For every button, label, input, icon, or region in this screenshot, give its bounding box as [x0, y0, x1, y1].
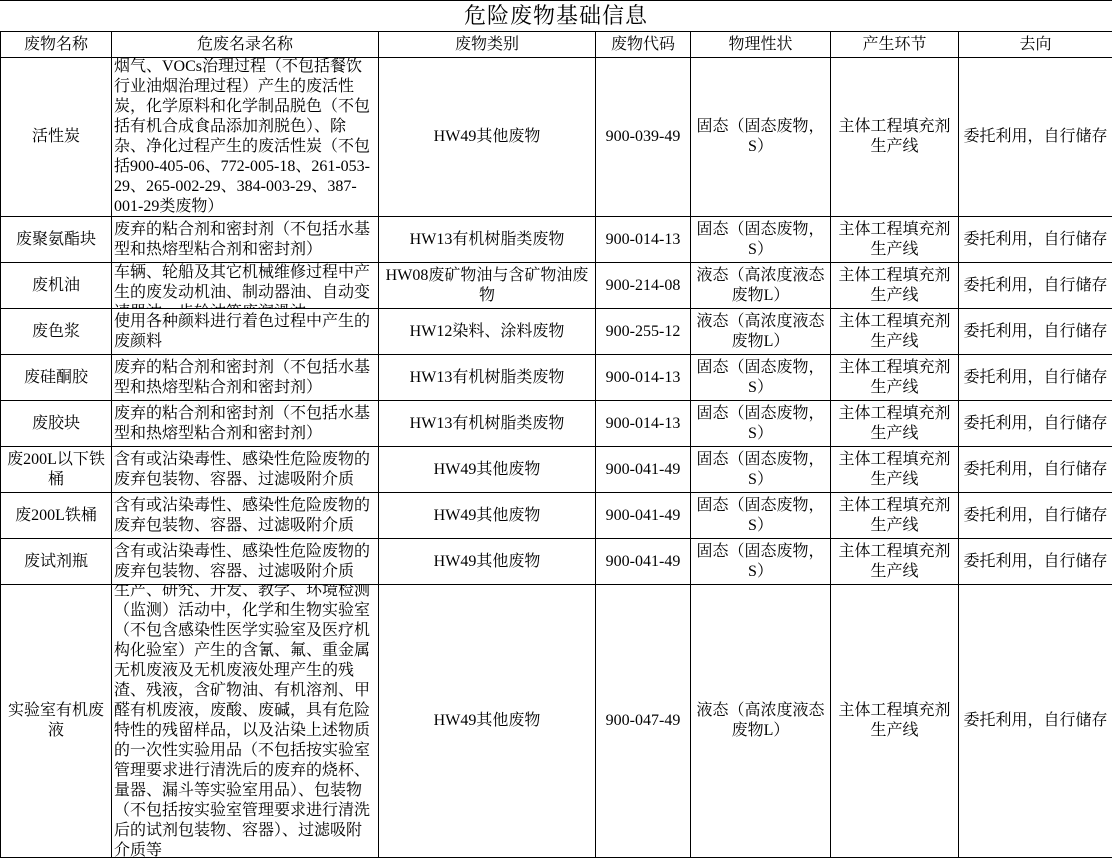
cell-code: 900-214-08 [596, 263, 691, 309]
cell-destination: 委托利用，自行储存 [959, 585, 1112, 858]
cell-category: HW08废矿物油与含矿物油废物 [379, 263, 596, 309]
cell-physical-state: 固态（固态废物，S） [691, 58, 831, 217]
cell-generation-stage: 主体工程填充剂生产线 [831, 539, 959, 585]
cell-category: HW49其他废物 [379, 447, 596, 493]
cell-code: 900-041-49 [596, 447, 691, 493]
cell-physical-state: 固态（固态废物，S） [691, 217, 831, 263]
cell-waste-name: 废硅酮胶 [1, 355, 112, 401]
cell-generation-stage: 主体工程填充剂生产线 [831, 309, 959, 355]
cell-list-name: 含有或沾染毒性、感染性危险废物的废弃包装物、容器、过滤吸附介质 [112, 447, 379, 493]
cell-destination: 委托利用，自行储存 [959, 493, 1112, 539]
cell-category: HW13有机树脂类废物 [379, 401, 596, 447]
cell-waste-name: 废胶块 [1, 401, 112, 447]
cell-destination: 委托利用，自行储存 [959, 58, 1112, 217]
cell-waste-name: 废200L以下铁桶 [1, 447, 112, 493]
header-list-name: 危废名录名称 [112, 32, 379, 58]
cell-physical-state: 固态（固态废物，S） [691, 539, 831, 585]
header-code: 废物代码 [596, 32, 691, 58]
cell-physical-state: 液态（高浓度液态废物L） [691, 263, 831, 309]
cell-waste-name: 活性炭 [1, 58, 112, 217]
header-physical-state: 物理性状 [691, 32, 831, 58]
cell-code: 900-014-13 [596, 401, 691, 447]
header-waste-name: 废物名称 [1, 32, 112, 58]
cell-code: 900-014-13 [596, 355, 691, 401]
cell-code: 900-047-49 [596, 585, 691, 858]
cell-code: 900-039-49 [596, 58, 691, 217]
cell-list-name: 废弃的粘合剂和密封剂（不包括水基型和热熔型粘合剂和密封剂） [112, 401, 379, 447]
cell-generation-stage: 主体工程填充剂生产线 [831, 263, 959, 309]
table-header-row: 废物名称 危废名录名称 废物类别 废物代码 物理性状 产生环节 去向 [1, 32, 1112, 58]
cell-code: 900-255-12 [596, 309, 691, 355]
cell-code: 900-041-49 [596, 539, 691, 585]
table-row: 废色浆 使用各种颜料进行着色过程中产生的废颜料 HW12染料、涂料废物 900-… [1, 309, 1112, 355]
cell-category: HW49其他废物 [379, 585, 596, 858]
cell-list-name: 含有或沾染毒性、感染性危险废物的废弃包装物、容器、过滤吸附介质 [112, 539, 379, 585]
cell-destination: 委托利用，自行储存 [959, 539, 1112, 585]
cell-category: HW49其他废物 [379, 493, 596, 539]
cell-generation-stage: 主体工程填充剂生产线 [831, 493, 959, 539]
table-row: 废胶块 废弃的粘合剂和密封剂（不包括水基型和热熔型粘合剂和密封剂） HW13有机… [1, 401, 1112, 447]
cell-waste-name: 废试剂瓶 [1, 539, 112, 585]
cell-destination: 委托利用，自行储存 [959, 401, 1112, 447]
table-row: 活性炭 烟气、VOCs治理过程（不包括餐饮行业油烟治理过程）产生的废活性炭，化学… [1, 58, 1112, 217]
cell-list-name: 生产、研究、开发、教学、环境检测（监测）活动中，化学和生物实验室（不包含感染性医… [112, 585, 379, 858]
table-row: 废200L以下铁桶 含有或沾染毒性、感染性危险废物的废弃包装物、容器、过滤吸附介… [1, 447, 1112, 493]
table-row: 废机油 车辆、轮船及其它机械维修过程中产生的废发动机油、制动器油、自动变速器油、… [1, 263, 1112, 309]
cell-physical-state: 固态（固态废物，S） [691, 447, 831, 493]
cell-list-name: 烟气、VOCs治理过程（不包括餐饮行业油烟治理过程）产生的废活性炭，化学原料和化… [112, 58, 379, 217]
cell-list-name: 废弃的粘合剂和密封剂（不包括水基型和热熔型粘合剂和密封剂） [112, 355, 379, 401]
cell-generation-stage: 主体工程填充剂生产线 [831, 217, 959, 263]
cell-code: 900-014-13 [596, 217, 691, 263]
cell-generation-stage: 主体工程填充剂生产线 [831, 355, 959, 401]
hazardous-waste-table: 废物名称 危废名录名称 废物类别 废物代码 物理性状 产生环节 去向 活性炭 烟… [0, 31, 1112, 858]
header-destination: 去向 [959, 32, 1112, 58]
cell-generation-stage: 主体工程填充剂生产线 [831, 585, 959, 858]
cell-list-name: 使用各种颜料进行着色过程中产生的废颜料 [112, 309, 379, 355]
cell-physical-state: 固态（固态废物，S） [691, 355, 831, 401]
cell-category: HW12染料、涂料废物 [379, 309, 596, 355]
cell-destination: 委托利用，自行储存 [959, 355, 1112, 401]
cell-physical-state: 液态（高浓度液态废物L） [691, 585, 831, 858]
cell-code: 900-041-49 [596, 493, 691, 539]
cell-list-name: 含有或沾染毒性、感染性危险废物的废弃包装物、容器、过滤吸附介质 [112, 493, 379, 539]
table-row: 废硅酮胶 废弃的粘合剂和密封剂（不包括水基型和热熔型粘合剂和密封剂） HW13有… [1, 355, 1112, 401]
cell-category: HW49其他废物 [379, 539, 596, 585]
cell-physical-state: 固态（固态废物，S） [691, 401, 831, 447]
cell-physical-state: 固态（固态废物，S） [691, 493, 831, 539]
table-row: 废聚氨酯块 废弃的粘合剂和密封剂（不包括水基型和热熔型粘合剂和密封剂） HW13… [1, 217, 1112, 263]
cell-destination: 委托利用，自行储存 [959, 309, 1112, 355]
table-row: 废试剂瓶 含有或沾染毒性、感染性危险废物的废弃包装物、容器、过滤吸附介质 HW4… [1, 539, 1112, 585]
table-row: 实验室有机废液 生产、研究、开发、教学、环境检测（监测）活动中，化学和生物实验室… [1, 585, 1112, 858]
cell-waste-name: 实验室有机废液 [1, 585, 112, 858]
cell-generation-stage: 主体工程填充剂生产线 [831, 447, 959, 493]
cell-destination: 委托利用，自行储存 [959, 263, 1112, 309]
cell-waste-name: 废机油 [1, 263, 112, 309]
table-row: 废200L铁桶 含有或沾染毒性、感染性危险废物的废弃包装物、容器、过滤吸附介质 … [1, 493, 1112, 539]
cell-physical-state: 液态（高浓度液态废物L） [691, 309, 831, 355]
page-title: 危险废物基础信息 [0, 0, 1112, 31]
cell-list-name: 废弃的粘合剂和密封剂（不包括水基型和热熔型粘合剂和密封剂） [112, 217, 379, 263]
hazardous-waste-sheet: 危险废物基础信息 废物名称 危废名录名称 废物类别 废物代码 物理性状 产生环节… [0, 0, 1112, 858]
cell-category: HW13有机树脂类废物 [379, 355, 596, 401]
cell-destination: 委托利用，自行储存 [959, 217, 1112, 263]
cell-generation-stage: 主体工程填充剂生产线 [831, 401, 959, 447]
cell-category: HW49其他废物 [379, 58, 596, 217]
header-generation-stage: 产生环节 [831, 32, 959, 58]
header-category: 废物类别 [379, 32, 596, 58]
cell-list-name: 车辆、轮船及其它机械维修过程中产生的废发动机油、制动器油、自动变速器油、齿轮油等… [112, 263, 379, 309]
cell-destination: 委托利用，自行储存 [959, 447, 1112, 493]
cell-category: HW13有机树脂类废物 [379, 217, 596, 263]
cell-waste-name: 废200L铁桶 [1, 493, 112, 539]
cell-waste-name: 废色浆 [1, 309, 112, 355]
cell-generation-stage: 主体工程填充剂生产线 [831, 58, 959, 217]
cell-waste-name: 废聚氨酯块 [1, 217, 112, 263]
